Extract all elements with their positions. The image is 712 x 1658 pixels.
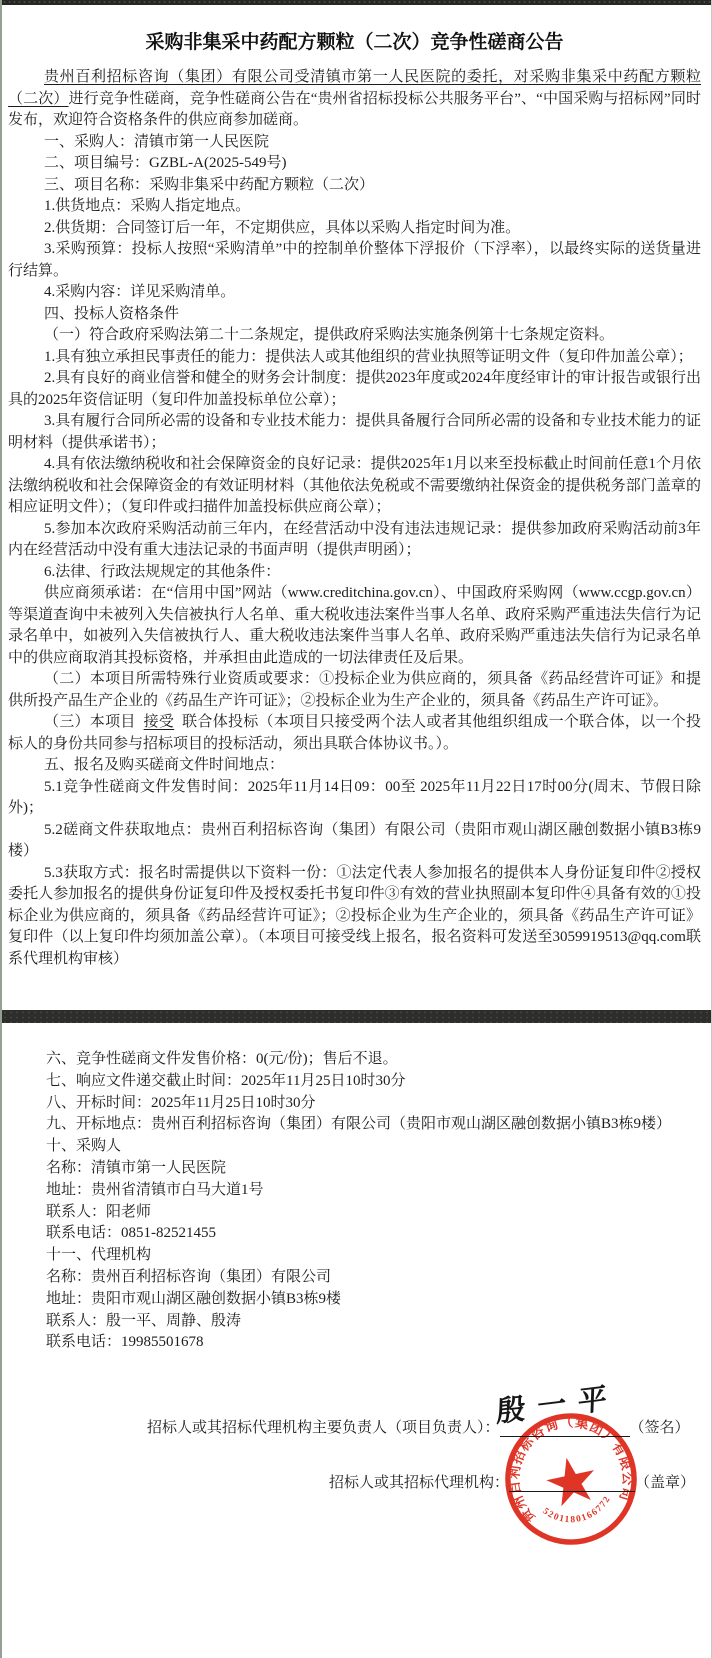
bid-opening-place-line: 九、开标地点：贵州百利招标咨询（集团）有限公司（贵阳市观山湖区融创数据小镇B3栋… xyxy=(46,1114,703,1136)
intro-rest-text: 进行竞争性磋商，竞争性磋商公告在“贵州省招标投标公共服务平台”、“中国采购与招标… xyxy=(8,91,701,129)
svg-text:5201180166772: 5201180166772 xyxy=(539,1493,617,1532)
consortium-accept-underlined: 接受 xyxy=(136,714,183,730)
item-project-number: 二、项目编号：GZBL-A(2025-549号) xyxy=(8,153,701,175)
section-qualifications: 四、投标人资格条件 xyxy=(8,304,701,326)
seal-serial-number: 5201180166772 xyxy=(539,1493,617,1532)
company-seal-stamp: 贵州百利招标咨询（集团）有限公司 5201180166772 xyxy=(502,1410,640,1548)
item-delivery-place: 1.供货地点：采购人指定地点。 xyxy=(8,196,701,218)
qualification-5: 5.参加本次政府采购活动前三年内，在经营活动中没有违法违规记录：提供参加政府采购… xyxy=(8,519,701,562)
item-delivery-period: 2.供货期：合同签订后一年，不定期供应，具体以采购人指定时间为准。 xyxy=(8,218,701,240)
section-registration: 五、报名及购买磋商文件时间地点： xyxy=(8,755,701,777)
purchaser-section-line: 十、采购人 xyxy=(46,1136,703,1158)
signature-line2-suffix: （盖章） xyxy=(635,1475,695,1491)
announcement-body-bottom: 六、竞争性磋商文件发售价格：0(元/份)；售后不退。 七、响应文件递交截止时间：… xyxy=(2,1023,711,1354)
item-budget: 3.采购预算：投标人按照“采购清单”中的控制单价整体下浮报价（下浮率），以最终实… xyxy=(8,239,701,282)
purchaser-contact-line: 联系人：阳老师 xyxy=(46,1202,703,1224)
purchaser-address-line: 地址：贵州省清镇市白马大道1号 xyxy=(46,1180,703,1202)
agency-address-line: 地址：贵阳市观山湖区融创数据小镇B3栋9楼 xyxy=(46,1289,703,1311)
registration-place: 5.2磋商文件获取地点：贵州百利招标咨询（集团）有限公司（贵阳市观山湖区融创数据… xyxy=(8,820,701,863)
agency-name-line: 名称：贵州百利招标咨询（集团）有限公司 xyxy=(46,1267,703,1289)
registration-time: 5.1竞争性磋商文件发售时间：2025年11月14日09：00至 2025年11… xyxy=(8,777,701,820)
agency-phone-line: 联系电话：19985501678 xyxy=(46,1332,703,1354)
consortium-prefix: （三）本项目 xyxy=(44,714,136,730)
document-price-line: 六、竞争性磋商文件发售价格：0(元/份)；售后不退。 xyxy=(46,1049,703,1071)
signature-line1-label: 招标人或其招标代理机构主要负责人（项目负责人）： xyxy=(147,1420,500,1436)
item-purchaser: 一、采购人：清镇市第一人民医院 xyxy=(8,132,701,154)
signature-area: 招标人或其招标代理机构主要负责人（项目负责人）：（签名） 招标人或其招标代理机构… xyxy=(2,1354,711,1658)
qualification-2: 2.具有良好的商业信誉和健全的财务会计制度：提供2023年度或2024年度经审计… xyxy=(8,368,701,411)
qualification-4: 4.具有依法缴纳税收和社会保障资金的良好记录：提供2025年1月以来至投标截止时… xyxy=(8,454,701,519)
special-industry-requirements: （二）本项目所需特殊行业资质或要求：①投标企业为供应商的，须具备《药品经营许可证… xyxy=(8,669,701,712)
item-project-name: 三、项目名称：采购非集采中药配方颗粒（二次） xyxy=(8,175,701,197)
star-icon xyxy=(543,1453,600,1508)
agency-section-line: 十一、代理机构 xyxy=(46,1245,703,1267)
announcement-document: 采购非集采中药配方颗粒（二次）竞争性磋商公告 贵州百利招标咨询（集团）有限公司受… xyxy=(0,0,712,1658)
intro-paragraph: 贵州百利招标咨询（集团）有限公司受清镇市第一人民医院的委托，对采购非集采中药配方… xyxy=(8,67,701,132)
response-deadline-line: 七、响应文件递交截止时间：2025年11月25日10时30分 xyxy=(46,1071,703,1093)
qualification-1: 1.具有独立承担民事责任的能力：提供法人或其他组织的营业执照等证明文件（复印件加… xyxy=(8,347,701,369)
purchaser-phone-line: 联系电话：0851-82521455 xyxy=(46,1223,703,1245)
purchaser-name-line: 名称：清镇市第一人民医院 xyxy=(46,1158,703,1180)
qualification-intro: （一）符合政府采购法第二十二条规定，提供政府采购法实施条例第十七条规定资料。 xyxy=(8,325,701,347)
consortium-bid-paragraph: （三）本项目接受联合体投标（本项目只接受两个法人或者其他组织组成一个联合体，以一… xyxy=(8,712,701,755)
bid-opening-time-line: 八、开标时间：2025年11月25日10时30分 xyxy=(46,1093,703,1115)
qualification-6: 6.法律、行政法规规定的其他条件： xyxy=(8,562,701,584)
announcement-body-top: 采购非集采中药配方颗粒（二次）竞争性磋商公告 贵州百利招标咨询（集团）有限公司受… xyxy=(2,5,711,1010)
item-content: 4.采购内容：详见采购清单。 xyxy=(8,282,701,304)
page-title: 采购非集采中药配方颗粒（二次）竞争性磋商公告 xyxy=(8,31,701,55)
signature-line2-label: 招标人或其招标代理机构： xyxy=(329,1475,509,1491)
qualification-3: 3.具有履行合同所必需的设备和专业技术能力：提供具备履行合同所必需的设备和专业技… xyxy=(8,411,701,454)
page-divider-band xyxy=(2,1010,711,1023)
agency-contact-line: 联系人：殷一平、周静、殷涛 xyxy=(46,1311,703,1333)
registration-method: 5.3获取方式：报名时需提供以下资料一份：①法定代表人参加报名的提供本人身份证复… xyxy=(8,863,701,971)
credit-china-commitment: 供应商须承诺：在“信用中国”网站（www.creditchina.gov.cn）… xyxy=(8,583,701,669)
